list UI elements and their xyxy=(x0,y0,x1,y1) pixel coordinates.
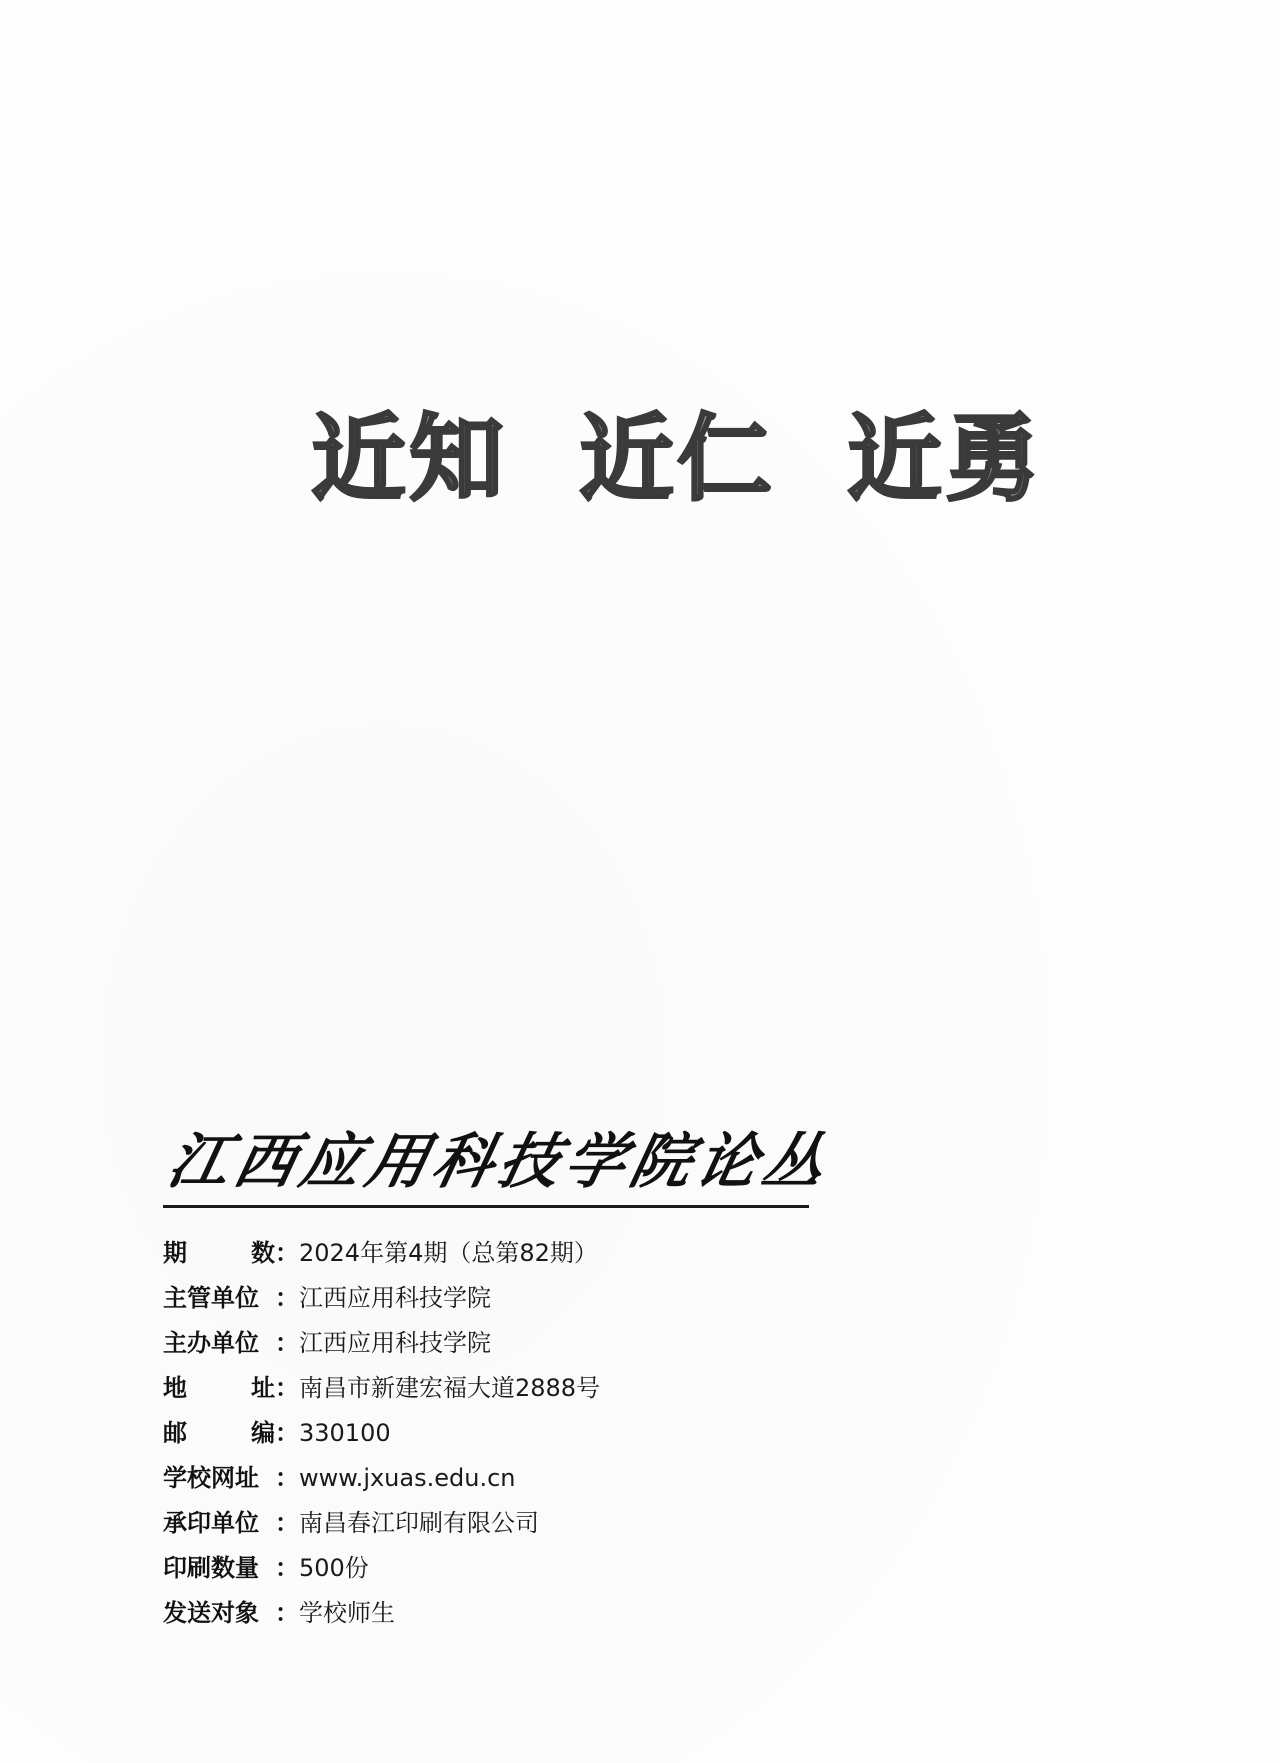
publication-info: 期 数 ： 2024年第4期（总第82期） 主管单位 ： 江西应用科技学院 主办… xyxy=(163,1230,763,1635)
info-label: 主管单位 xyxy=(163,1286,275,1310)
motto-phrase-yong: 近勇 xyxy=(848,413,1044,507)
website-value: www.jxuas.edu.cn xyxy=(293,1466,515,1490)
masthead-divider xyxy=(163,1205,809,1208)
info-row-printer: 承印单位 ： 南昌春江印刷有限公司 xyxy=(163,1500,763,1545)
info-row-supervisor: 主管单位 ： 江西应用科技学院 xyxy=(163,1275,763,1320)
info-value: 江西应用科技学院 xyxy=(293,1331,491,1355)
motto-phrase-zhi: 近知 xyxy=(311,413,507,507)
info-value: 500份 xyxy=(293,1556,369,1580)
info-value: 2024年第4期（总第82期） xyxy=(293,1241,598,1265)
info-label: 印刷数量 xyxy=(163,1556,275,1580)
journal-title-calligraphy: 江西应用科技学院论丛 xyxy=(163,1132,822,1192)
motto-phrase-ren: 近仁 xyxy=(579,413,775,507)
info-row-distribution: 发送对象 ： 学校师生 xyxy=(163,1590,763,1635)
info-value: 学校师生 xyxy=(293,1601,395,1625)
info-value: 南昌市新建宏福大道2888号 xyxy=(293,1376,600,1400)
info-label: 学校网址 xyxy=(163,1466,275,1490)
info-label: 主办单位 xyxy=(163,1331,275,1355)
info-row-print-quantity: 印刷数量 ： 500份 xyxy=(163,1545,763,1590)
back-cover-page: 近知 近仁 近勇 江西应用科技学院论丛 期 数 ： 2024年第4期（总第82期… xyxy=(0,0,1280,1763)
school-motto: 近知 近仁 近勇 xyxy=(0,405,1280,515)
info-row-issue: 期 数 ： 2024年第4期（总第82期） xyxy=(163,1230,763,1275)
info-row-postcode: 邮 编 ： 330100 xyxy=(163,1410,763,1455)
info-row-address: 地 址 ： 南昌市新建宏福大道2888号 xyxy=(163,1365,763,1410)
info-label: 地 址 xyxy=(163,1376,275,1400)
journal-masthead: 江西应用科技学院论丛 xyxy=(163,1118,809,1198)
info-row-website: 学校网址 ： www.jxuas.edu.cn xyxy=(163,1455,763,1500)
info-label: 发送对象 xyxy=(163,1601,275,1625)
info-row-sponsor: 主办单位 ： 江西应用科技学院 xyxy=(163,1320,763,1365)
info-value: 江西应用科技学院 xyxy=(293,1286,491,1310)
info-label: 期 数 xyxy=(163,1241,275,1265)
info-label: 承印单位 xyxy=(163,1511,275,1535)
info-value: 330100 xyxy=(293,1421,391,1445)
info-value: 南昌春江印刷有限公司 xyxy=(293,1511,539,1535)
info-label: 邮 编 xyxy=(163,1421,275,1445)
